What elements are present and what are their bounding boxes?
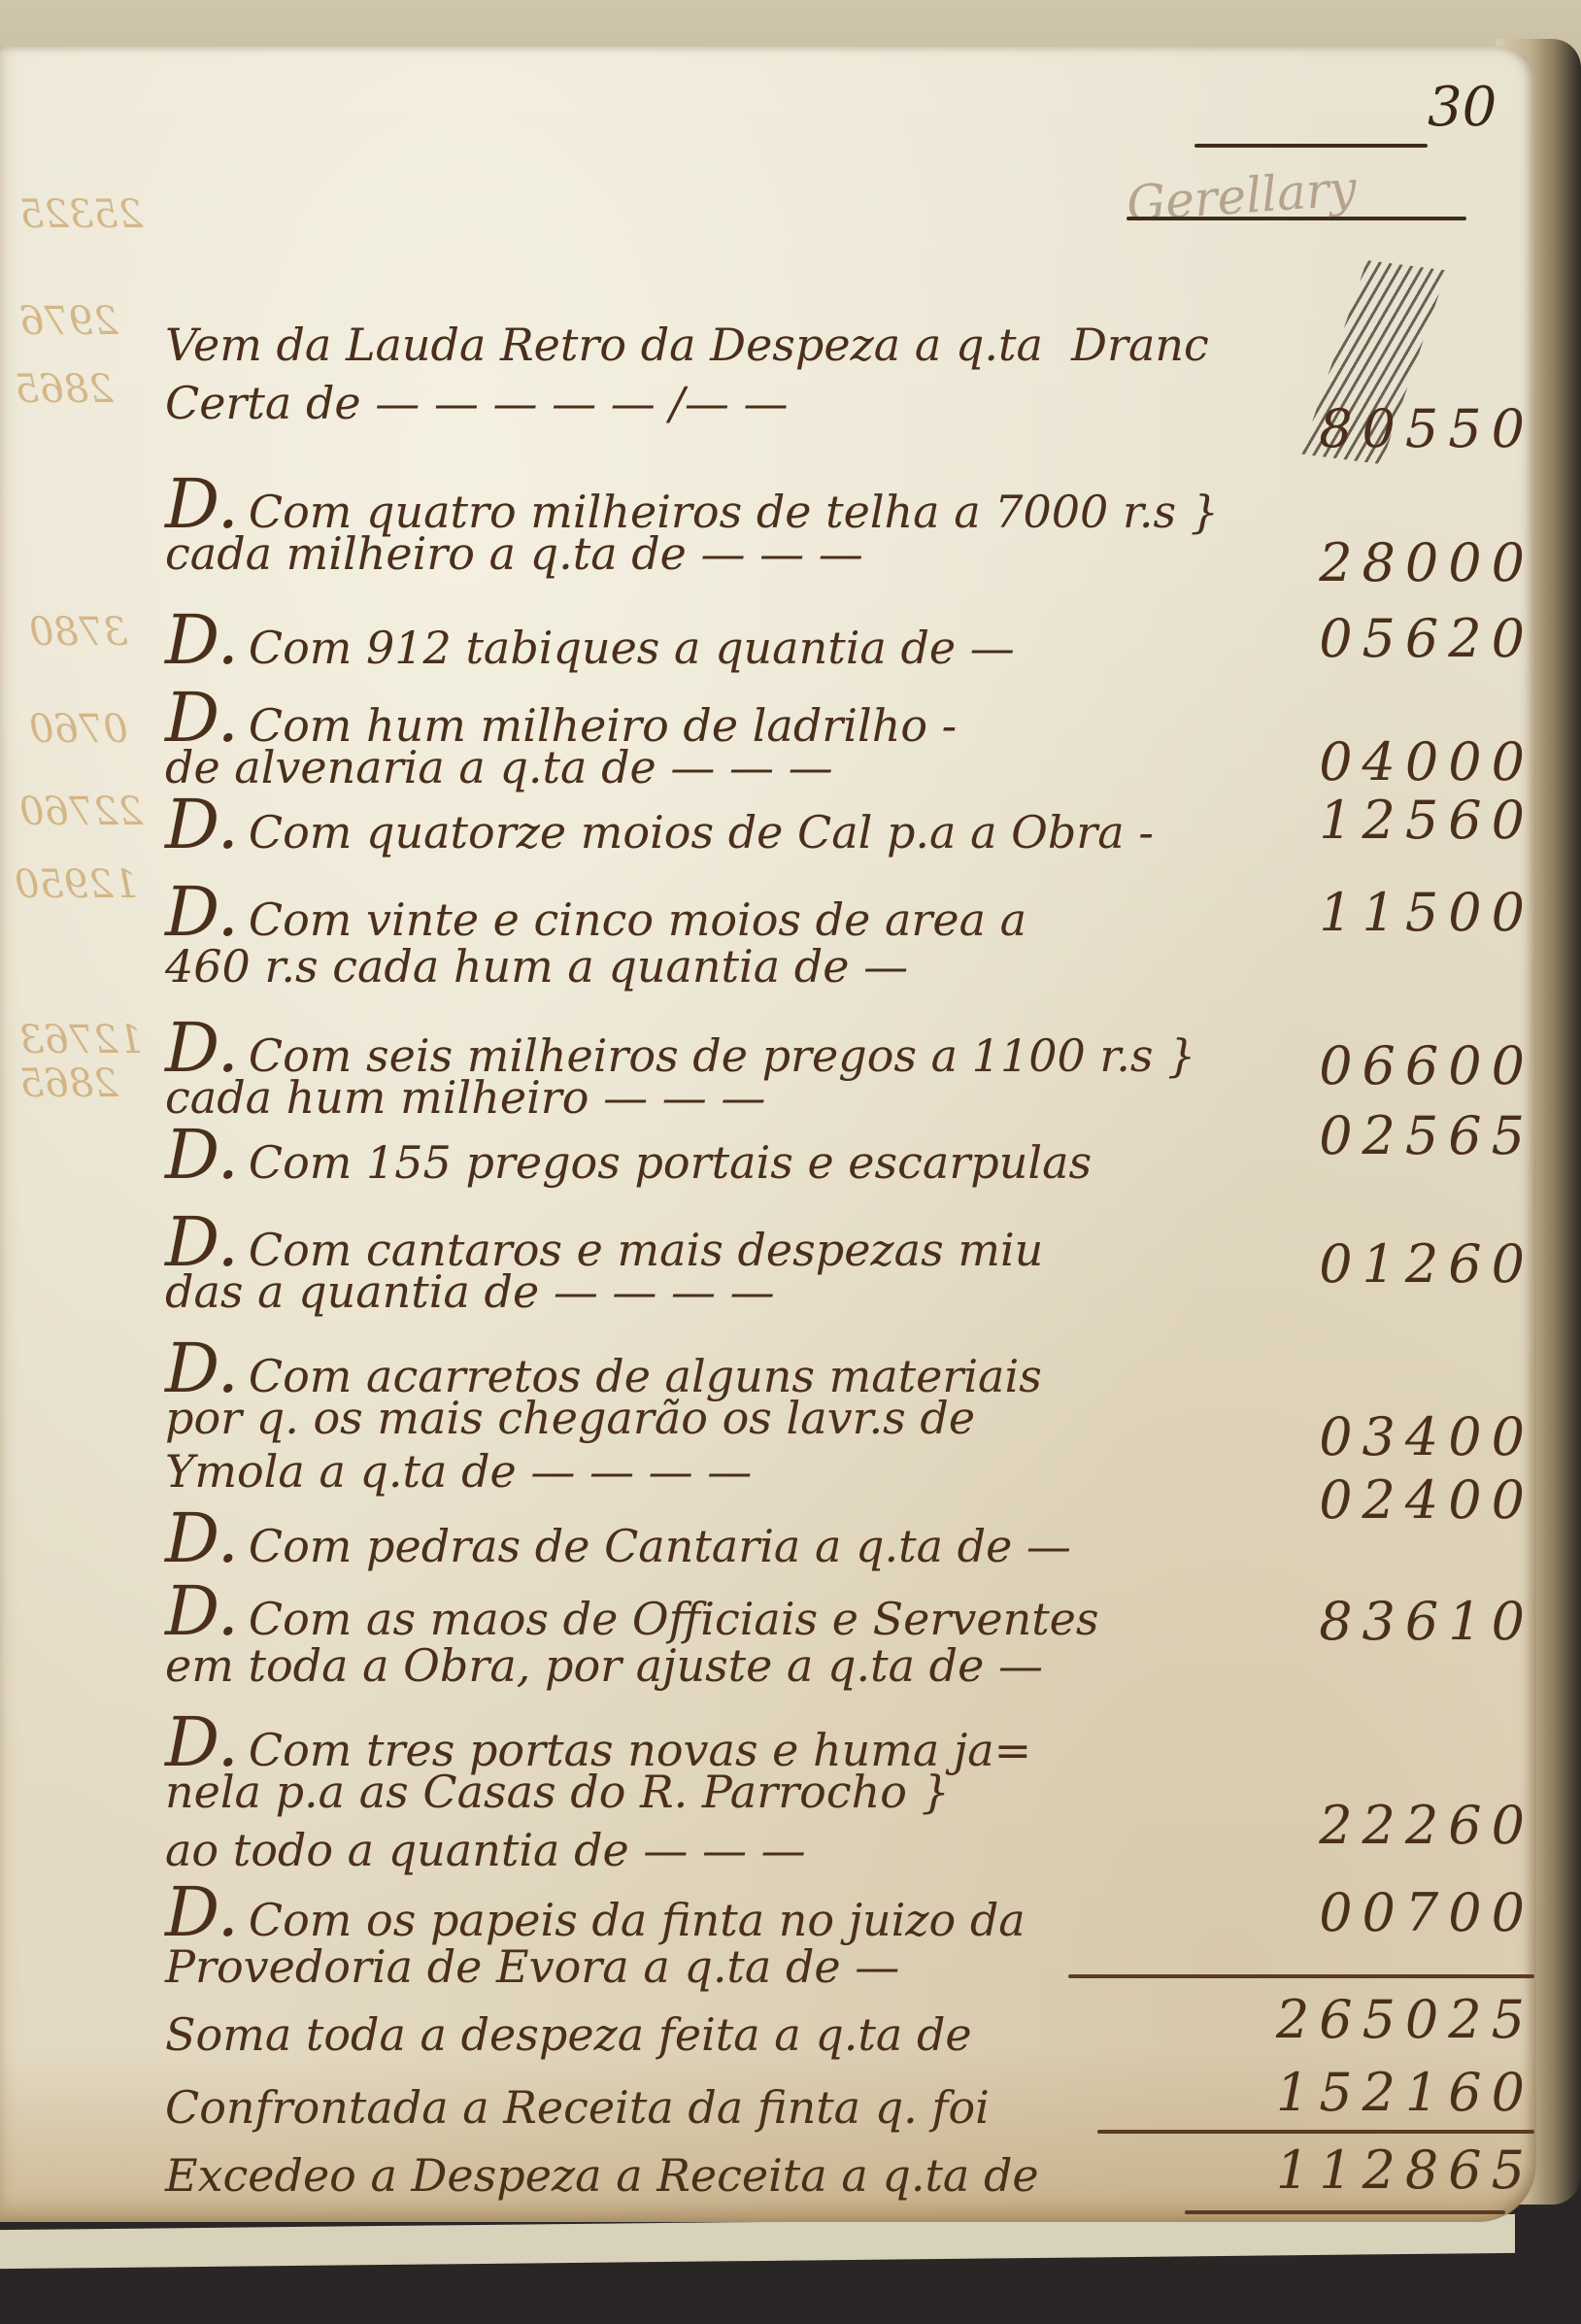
marginal-word: Dranc — [1071, 319, 1209, 371]
entry-line: por q. os mais chegarão os lavr.s de — [165, 1392, 1233, 1444]
underlying-page — [0, 2214, 1515, 2269]
entry-line: das a quantia de — — — — — [165, 1265, 1233, 1318]
entry-line: Ymola a q.ta de — — — — — [165, 1445, 1233, 1498]
entry-line: D.Com 912 tabiques a quantia de — — [165, 600, 1233, 680]
entry-amount: 11500 — [1272, 882, 1534, 943]
entry-amount: 22260 — [1272, 1795, 1534, 1856]
faint-signature: Gerellary — [1125, 160, 1358, 232]
total-amount: 265025 — [1272, 1989, 1534, 2050]
entry-amount: 28000 — [1272, 532, 1534, 593]
carried-amount: 80550 — [1272, 398, 1534, 459]
total-rule — [1068, 1974, 1534, 1978]
total-amount: 112865 — [1272, 2139, 1534, 2201]
entry-amount: 83610 — [1272, 1591, 1534, 1652]
bleed-number: 2865 — [15, 367, 114, 412]
entry-line: D.Com 155 pregos portais e escarpulas — [165, 1115, 1233, 1195]
bleed-number: 25325 — [19, 192, 143, 237]
total-rule — [1185, 2210, 1505, 2214]
entry-amount: 04000 — [1272, 731, 1534, 792]
bleed-number: 12763 — [19, 1018, 143, 1062]
entry-line: nela p.a as Casas do R. Parrocho } — [165, 1766, 1233, 1818]
folio-rule — [1194, 144, 1428, 148]
entry-amount: 03400 — [1272, 1406, 1534, 1467]
entry-line: 460 r.s cada hum a quantia de — — [165, 940, 1233, 993]
entry-amount: 02565 — [1272, 1105, 1534, 1166]
heading-line-1: Vem da Lauda Retro da Despeza a q.ta Dra… — [165, 319, 1233, 371]
heading-line-2: Certa de — — — — — /— — — [165, 377, 1233, 429]
entry-amount: 01260 — [1272, 1233, 1534, 1295]
entry-amount: 00700 — [1272, 1882, 1534, 1943]
bleed-number: 0760 — [29, 707, 128, 752]
entry-amount: 12560 — [1272, 790, 1534, 851]
total-amount: 152160 — [1272, 2062, 1534, 2123]
entry-line: cada milheiro a q.ta de — — — — [165, 527, 1233, 580]
total-rule — [1097, 2130, 1534, 2134]
bleed-number: 22760 — [19, 790, 143, 834]
bleed-number: 12950 — [15, 862, 138, 907]
bleed-number: 2976 — [19, 299, 118, 344]
folio-number: 30 — [1428, 76, 1497, 139]
entry-amount: 05620 — [1272, 608, 1534, 669]
entry-line: D.Com pedras de Cantaria a q.ta de — — [165, 1499, 1233, 1578]
entry-amount: 02400 — [1272, 1469, 1534, 1531]
entry-line: ao todo a quantia de — — — — [165, 1824, 1233, 1876]
entry-line: Provedoria de Evora a q.ta de — — [165, 1940, 1233, 1993]
manuscript-page: 30 Gerellary 25325 2976 2865 3780 0760 2… — [0, 47, 1536, 2222]
bleed-number: 2865 — [19, 1061, 118, 1106]
entry-amount: 06600 — [1272, 1035, 1534, 1096]
bleed-number: 3780 — [29, 610, 128, 655]
entry-line: em toda a Obra, por ajuste a q.ta de — — [165, 1639, 1233, 1692]
total-line: Confrontada a Receita da finta q. foi — [165, 2081, 1233, 2134]
entry-line: D.Com quatorze moios de Cal p.a a Obra - — [165, 785, 1233, 864]
total-line: Soma toda a despeza feita a q.ta de — [165, 2008, 1233, 2061]
total-line: Excedeo a Despeza a Receita a q.ta de — [165, 2149, 1233, 2202]
signature-strike-rule — [1127, 217, 1466, 220]
